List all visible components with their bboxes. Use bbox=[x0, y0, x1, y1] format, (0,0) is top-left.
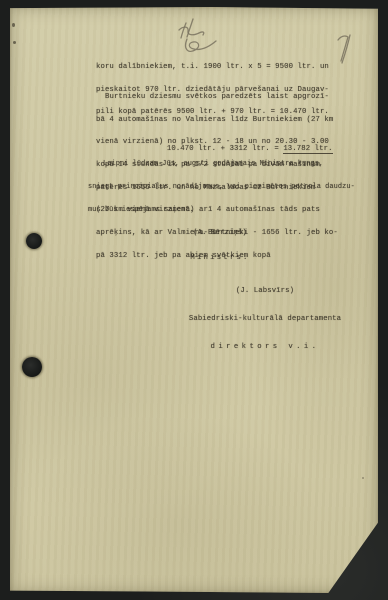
text-line: Laipni lūdzam Jūs, augsti godājamais Min… bbox=[88, 161, 355, 169]
text-line: Burtnieku dziesmu svētkos paredzēts lais… bbox=[96, 94, 338, 102]
signature-name: (A. Bērziņš) bbox=[180, 229, 260, 237]
scanned-page-background: koru dalībniekiem, t.i. 1900 ltr. x 5 = … bbox=[0, 0, 388, 600]
handwritten-number-icon bbox=[332, 29, 358, 69]
signature-title: direktors v.i. bbox=[150, 343, 380, 352]
director-signature-block: (J. Labsvīrs) Sabiedriski-kulturālā depa… bbox=[150, 268, 380, 371]
department-line: Sabiedriski-kulturālā departamenta bbox=[150, 315, 380, 324]
text-line: bā 4 automašīnas no Valmieras līdz Burtn… bbox=[96, 117, 338, 125]
signature-name: (J. Labsvīrs) bbox=[150, 287, 380, 296]
paper-speck bbox=[12, 23, 15, 27]
paper-sheet: koru dalībniekiem, t.i. 1900 ltr. x 5 = … bbox=[10, 7, 378, 593]
paper-speck bbox=[362, 477, 364, 479]
signature-title: Ministrs. bbox=[180, 254, 260, 262]
paper-speck bbox=[13, 41, 16, 44]
text-line: sniegt principialus norādījumus, vai pie… bbox=[88, 184, 355, 192]
punch-hole bbox=[26, 233, 42, 249]
text-line: koru dalībniekiem, t.i. 1900 ltr. x 5 = … bbox=[96, 64, 329, 72]
punch-hole bbox=[22, 357, 42, 377]
